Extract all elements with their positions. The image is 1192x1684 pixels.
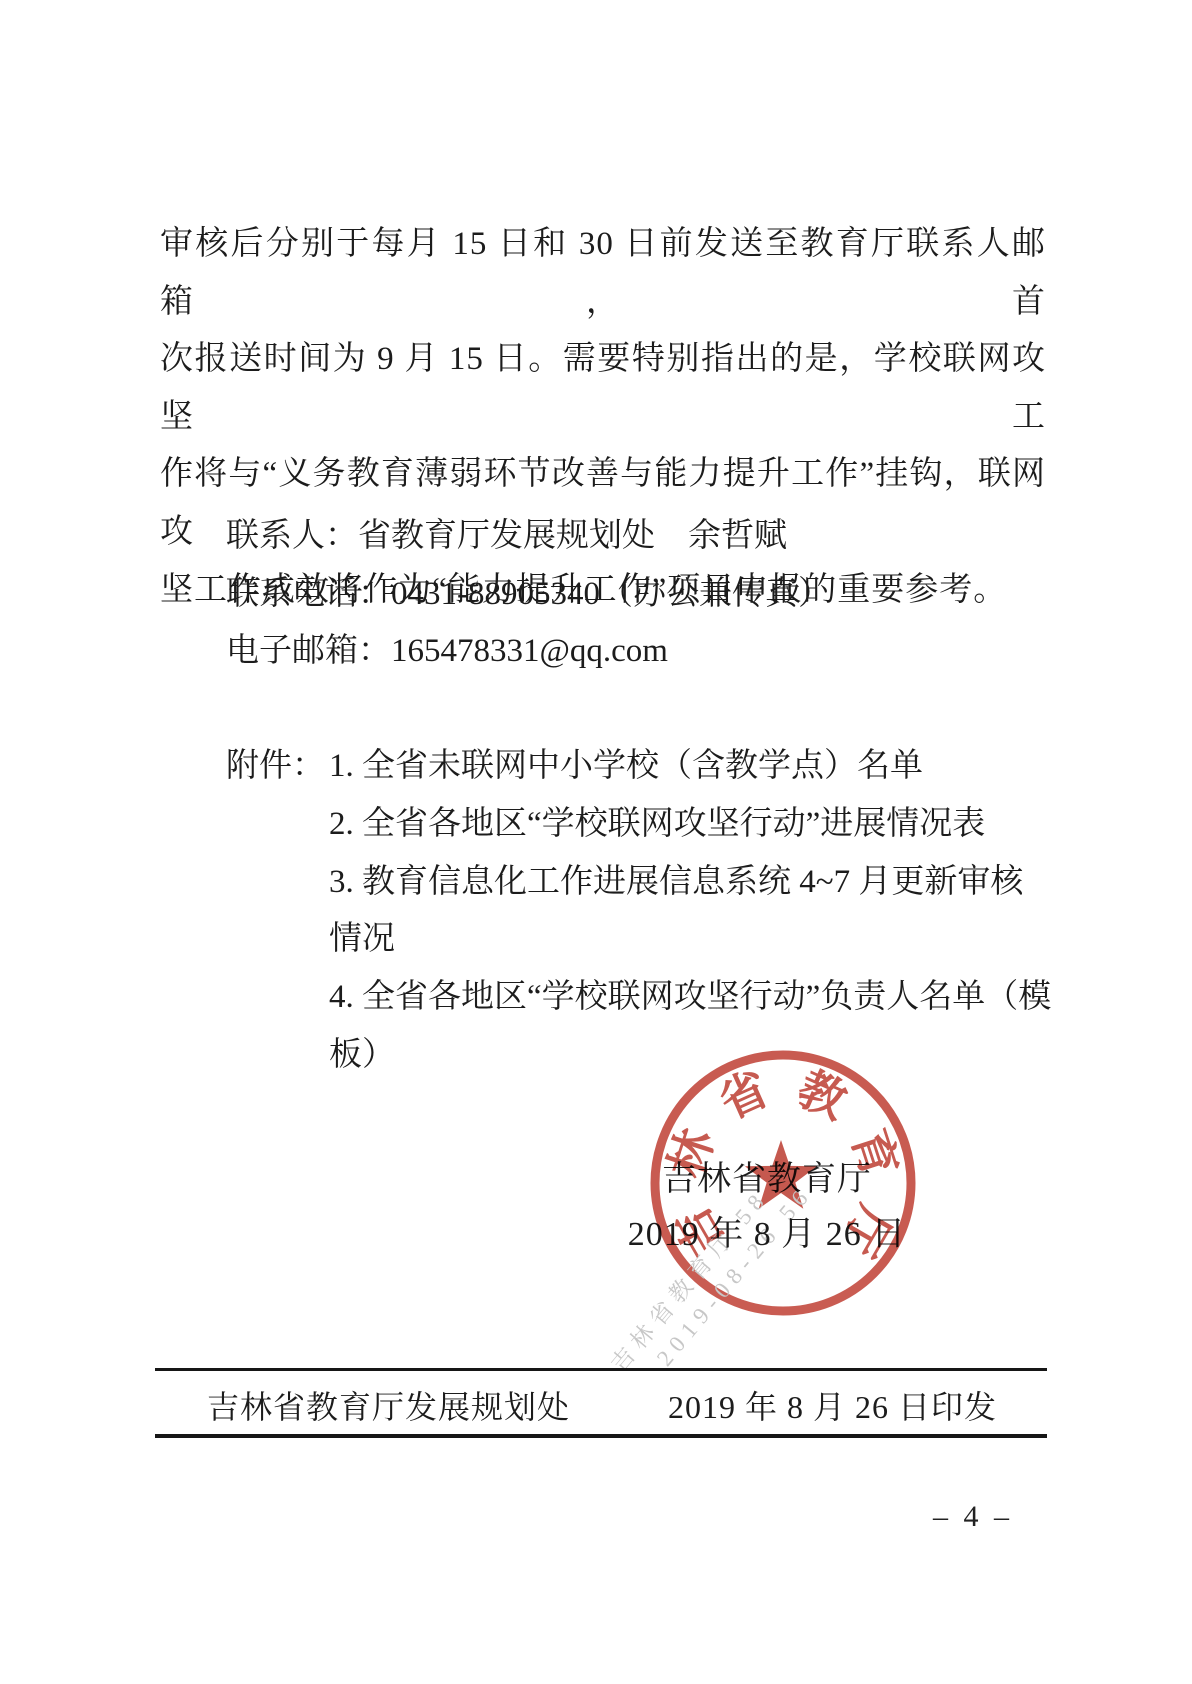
attachments-label: 附件： xyxy=(226,738,325,796)
footer-row: 吉林省教育厅发展规划处 2019 年 8 月 26 日印发 xyxy=(155,1384,1047,1426)
contact-block: 联系人：省教育厅发展规划处 余哲赋 联系电话：0431-88905340（办公兼… xyxy=(226,508,986,681)
signature-date: 2019 年 8 月 26 日 xyxy=(595,1207,939,1262)
footer-divider-bottom xyxy=(155,1434,1047,1438)
paragraph-line: 审核后分别于每月 15 日和 30 日前发送至教育厅联系人邮箱，首 xyxy=(160,216,1046,331)
signature-block: 吉林省教育厅 2019 年 8 月 26 日 xyxy=(595,1152,939,1262)
footer-issuer: 吉林省教育厅发展规划处 xyxy=(207,1382,570,1428)
page-number: – 4 – xyxy=(888,1500,1058,1534)
paragraph-line: 次报送时间为 9 月 15 日。需要特别指出的是，学校联网攻坚工 xyxy=(160,331,1046,446)
attachments-block: 附件： 1. 全省未联网中小学校（含教学点）名单 2. 全省各地区“学校联网攻坚… xyxy=(226,738,1056,1085)
footer-print-date: 2019 年 8 月 26 日印发 xyxy=(668,1382,997,1428)
attachment-item: 2. 全省各地区“学校联网攻坚行动”进展情况表 xyxy=(329,796,1056,854)
attachments-list: 1. 全省未联网中小学校（含教学点）名单 2. 全省各地区“学校联网攻坚行动”进… xyxy=(329,738,1056,1085)
attachment-item: 3. 教育信息化工作进展信息系统 4~7 月更新审核情况 xyxy=(329,854,1056,970)
footer-divider-top xyxy=(155,1368,1047,1371)
contact-phone: 联系电话：0431-88905340（办公兼传真） xyxy=(226,566,986,624)
attachment-item: 4. 全省各地区“学校联网攻坚行动”负责人名单（模板） xyxy=(329,969,1056,1085)
agency-signature: 吉林省教育厅 xyxy=(595,1152,939,1207)
contact-person: 联系人：省教育厅发展规划处 余哲赋 xyxy=(226,508,986,566)
contact-email: 电子邮箱：165478331@qq.com xyxy=(226,623,986,681)
attachment-item: 1. 全省未联网中小学校（含教学点）名单 xyxy=(329,738,1056,796)
document-page: 审核后分别于每月 15 日和 30 日前发送至教育厅联系人邮箱，首 次报送时间为… xyxy=(0,0,1192,1684)
